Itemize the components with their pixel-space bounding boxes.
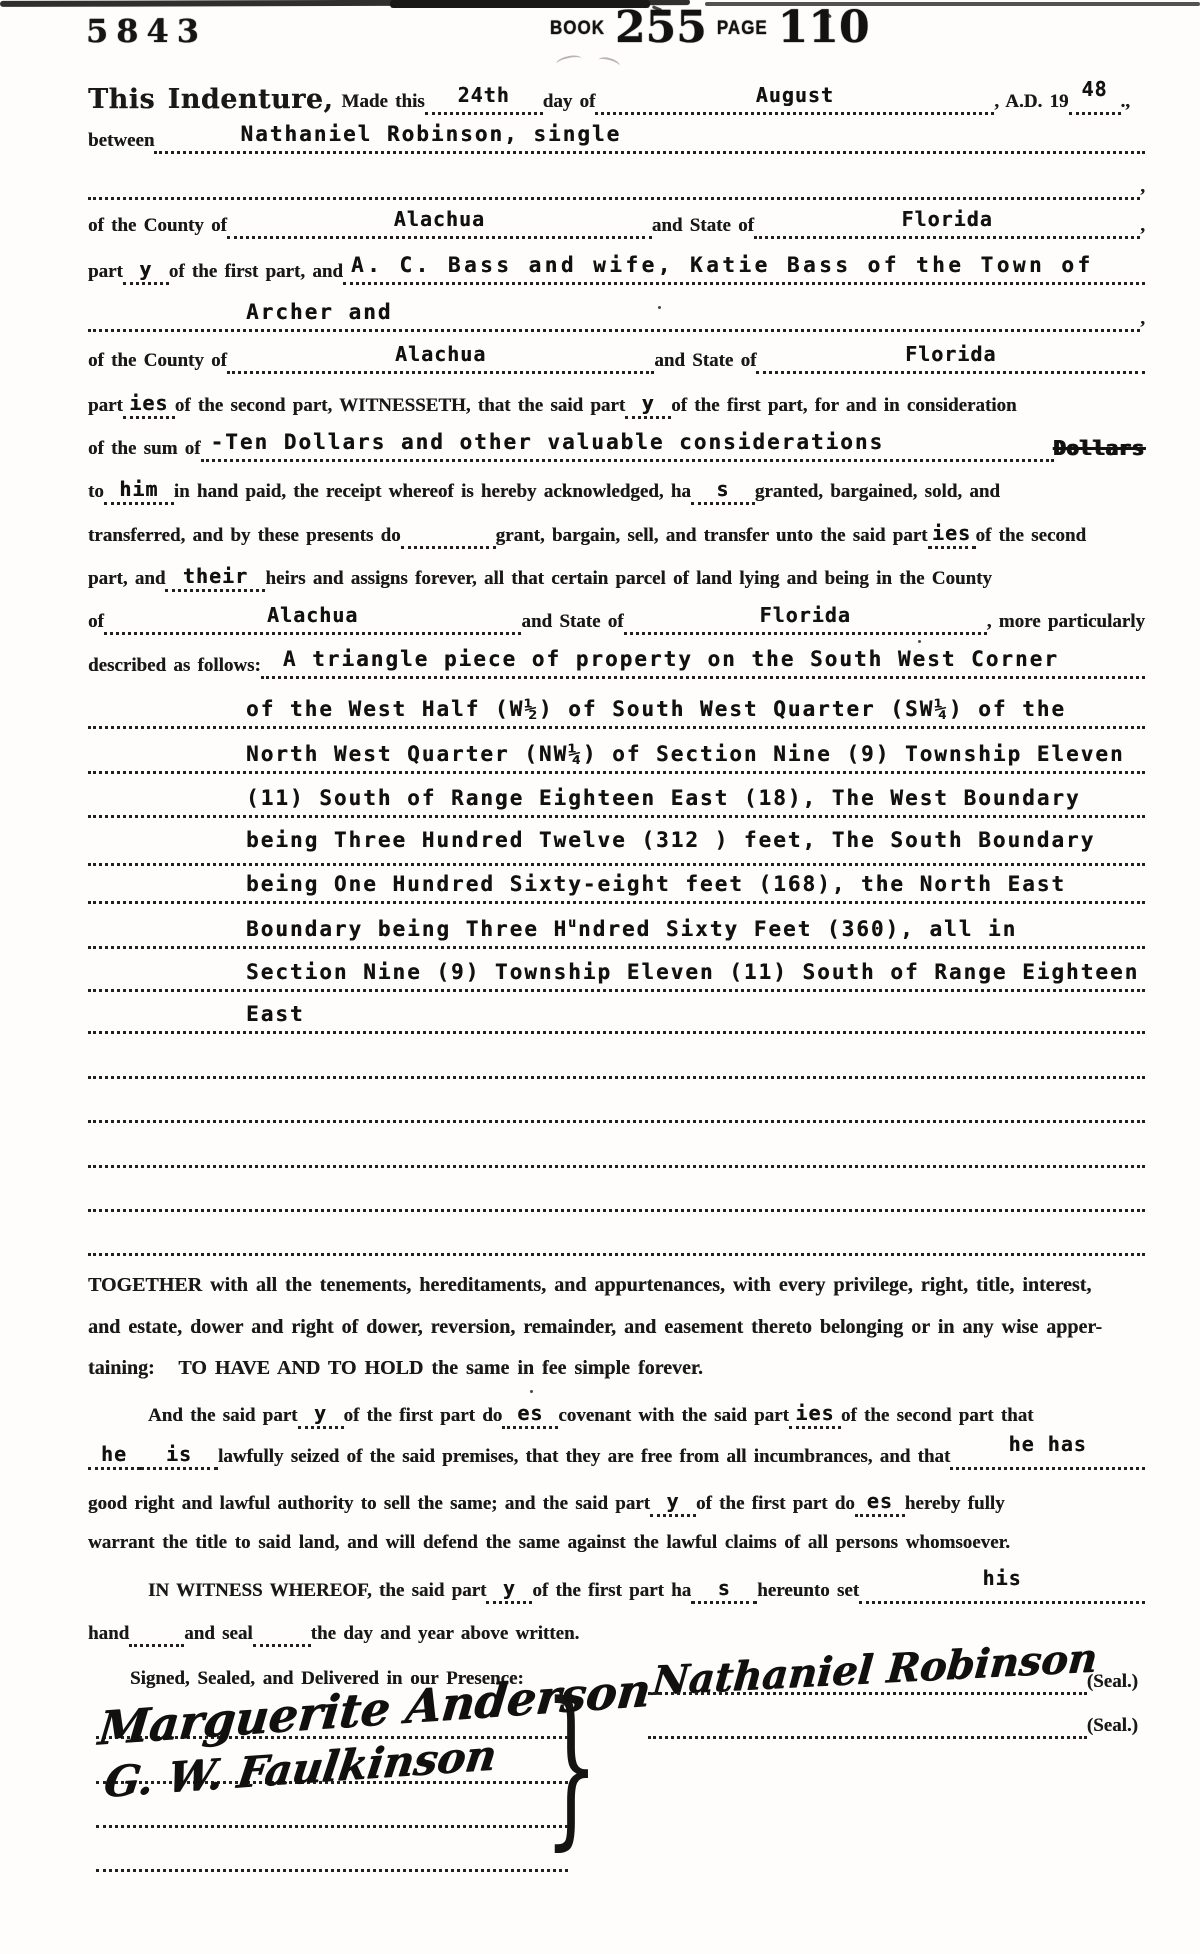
- more-particularly-label: , more particularly: [987, 609, 1145, 635]
- dotted-fill: [88, 1223, 1145, 1256]
- line-between: between Nathaniel Robinson, single: [88, 124, 1145, 154]
- between-label: between: [88, 128, 154, 154]
- line-hand-seal: hand and seal the day and year above wri…: [88, 1617, 660, 1647]
- entry-description-3: North West Quarter (NW¼) of Section Nine…: [246, 742, 1125, 766]
- scan-smudge: [597, 55, 621, 71]
- dotted-fill: he has: [950, 1437, 1145, 1470]
- dotted-fill: y: [486, 1571, 532, 1604]
- entry-month: August: [756, 83, 834, 107]
- first-part-and-label: of the first part, and: [169, 259, 343, 285]
- dotted-fill: Florida: [756, 341, 1145, 374]
- page-label: PAGE: [717, 17, 768, 40]
- state-of-label: and State of: [652, 213, 754, 239]
- dotted-fill: Florida: [754, 206, 1140, 239]
- seal-label-1: (Seal.): [1087, 1669, 1138, 1695]
- line-in-witness: IN WITNESS WHEREOF, the said part y of t…: [88, 1574, 1145, 1604]
- line-description-3: North West Quarter (NW¼) of Section Nine…: [88, 744, 1145, 774]
- dotted-fill: he: [88, 1437, 140, 1470]
- line-end-punct: ,: [1140, 174, 1145, 200]
- deed-document-scan: 5843 BOOK 255 PAGE 110 This Indenture, M…: [0, 0, 1200, 1954]
- first-part-do-label: of the first part do: [344, 1403, 503, 1429]
- line-description-5-rule: [88, 836, 1145, 866]
- line-description-4: (11) South of Range Eighteen East (18), …: [88, 788, 1145, 818]
- line-county-state-3: of Alachua and State of Florida , more p…: [88, 605, 1145, 635]
- line-county-state-1: of the County of Alachua and State of Fl…: [88, 209, 1145, 239]
- entry-part-y: y: [503, 1576, 516, 1600]
- part-label: part: [88, 259, 123, 285]
- consideration-label: of the first part, for and in considerat…: [671, 393, 1016, 419]
- covenant-with-label: covenant with the said part: [558, 1403, 789, 1429]
- seized-label: lawfully seized of the said premises, th…: [218, 1444, 950, 1470]
- line-blank: [88, 1049, 1145, 1079]
- line-end-punct: ,: [1140, 213, 1145, 239]
- entry-county-2: Alachua: [395, 342, 486, 366]
- dotted-fill: their: [165, 559, 265, 592]
- dotted-fill: Alachua: [227, 341, 654, 374]
- dotted-fill: [88, 1135, 1145, 1168]
- line-blank: [88, 1182, 1145, 1212]
- dotted-fill: s: [691, 472, 755, 505]
- entry-do-es: es: [867, 1489, 893, 1513]
- page-number: 110: [778, 6, 870, 50]
- dotted-fill: [648, 1706, 1087, 1739]
- dotted-fill: y: [625, 386, 671, 419]
- dotted-fill: being One Hundred Sixty-eight feet (168)…: [88, 871, 1145, 904]
- hereby-fully-label: hereby fully: [905, 1491, 1005, 1517]
- dotted-fill: (11) South of Range Eighteen East (18), …: [88, 785, 1145, 818]
- dotted-fill: ies: [123, 386, 175, 419]
- dotted-fill: [401, 516, 496, 549]
- together-paragraph-line-2: and estate, dower and right of dower, re…: [88, 1316, 1102, 1339]
- document-number: 5843: [86, 12, 207, 50]
- state-of-label: and State of: [521, 609, 623, 635]
- dotted-fill: is: [140, 1437, 218, 1470]
- witness-signature-line: [96, 1825, 568, 1828]
- entry-ha-s: s: [716, 477, 729, 501]
- day-of-label: day of: [543, 89, 596, 115]
- dotted-fill: 24th: [425, 82, 543, 115]
- dotted-fill: [648, 1662, 1087, 1695]
- entry-description-7: Boundary being Three Hundred Sixty Feet …: [246, 916, 1017, 941]
- line-description-9: East: [88, 1004, 1145, 1034]
- dotted-fill: Nathaniel Robinson, single: [154, 121, 1145, 154]
- line-covenant-2: he is lawfully seized of the said premis…: [88, 1440, 1145, 1470]
- first-part-do-label: of the first part do: [696, 1491, 855, 1517]
- line-description-7: Boundary being Three Hundred Sixty Feet …: [88, 919, 1145, 949]
- heirs-label: heirs and assigns forever, all that cert…: [265, 566, 992, 592]
- line-hand-paid: to him in hand paid, the receipt whereof…: [88, 475, 1145, 505]
- transferred-label: transferred, and by these presents do: [88, 523, 401, 549]
- entry-him: him: [119, 477, 158, 501]
- dotted-fill: Section Nine (9) Township Eleven (11) So…: [88, 959, 1145, 992]
- line-blank: ,: [88, 170, 1145, 200]
- scan-smudge: [555, 53, 583, 69]
- entry-grantor: Nathaniel Robinson, single: [240, 122, 621, 146]
- dollars-struck-out: Dollars: [1054, 436, 1145, 460]
- line-blank: [88, 1093, 1145, 1123]
- county-of-label: of the County of: [88, 213, 227, 239]
- county-of-label: of the County of: [88, 348, 227, 374]
- entry-state-2: Florida: [905, 342, 996, 366]
- entry-state-1: Florida: [901, 207, 992, 231]
- dotted-fill: his: [859, 1571, 1145, 1604]
- entry-he: he: [101, 1442, 127, 1466]
- line-grantees-cont: Archer and ,: [88, 302, 1145, 332]
- entry-part-ies: ies: [129, 391, 168, 415]
- granted-label: granted, bargained, sold, and: [755, 479, 1000, 505]
- entry-description-6: being One Hundred Sixty-eight feet (168)…: [246, 872, 1066, 896]
- line-transferred: transferred, and by these presents do gr…: [88, 519, 1145, 549]
- dotted-fill: Archer and: [88, 299, 1140, 332]
- dotted-fill: Boundary being Three Hundred Sixty Feet …: [88, 916, 1145, 949]
- entry-consideration-amount: -Ten Dollars and other valuable consider…: [211, 430, 885, 454]
- witnesseth-label: of the second part, WITNESSETH, that the…: [175, 393, 625, 419]
- dotted-fill: [88, 833, 1145, 866]
- made-this-label: Made this: [341, 89, 424, 115]
- entry-do-es: es: [517, 1401, 543, 1425]
- entry-description-1: A triangle piece of property on the Sout…: [283, 647, 1059, 671]
- line-county-state-2: of the County of Alachua and State of Fl…: [88, 344, 1145, 374]
- witness-signature-line: [96, 1869, 568, 1872]
- warrant-line: warrant the title to said land, and will…: [88, 1532, 1010, 1554]
- line-description-2: of the West Half (W½) of South West Quar…: [88, 699, 1145, 729]
- second-label: of the second: [976, 523, 1087, 549]
- seal-label-2: (Seal.): [1087, 1713, 1138, 1739]
- book-number: 255: [615, 6, 707, 50]
- dotted-fill: Florida: [624, 602, 987, 635]
- dotted-fill: of the West Half (W½) of South West Quar…: [88, 696, 1145, 729]
- dotted-fill: [88, 1046, 1145, 1079]
- book-page-stamp: BOOK 255 PAGE 110: [550, 6, 870, 50]
- part-and-label: part, and: [88, 566, 165, 592]
- dotted-fill: y: [650, 1484, 696, 1517]
- entry-year: 48: [1081, 77, 1107, 101]
- dotted-fill: [253, 1614, 311, 1647]
- entry-county-3: Alachua: [267, 603, 358, 627]
- line-witnesseth: part ies of the second part, WITNESSETH,…: [88, 389, 1145, 419]
- line-description-8: Section Nine (9) Township Eleven (11) So…: [88, 962, 1145, 992]
- hereunto-set-label: hereunto set: [757, 1578, 859, 1604]
- together-paragraph-line-1: TOGETHER with all the tenements, heredit…: [88, 1274, 1091, 1297]
- and-seal-label: and seal: [184, 1621, 253, 1647]
- indenture-title: This Indenture,: [88, 85, 333, 115]
- line-end-punct: ,: [1140, 306, 1145, 332]
- ad-label: , A.D. 19: [994, 89, 1068, 115]
- hand-label: hand: [88, 1621, 129, 1647]
- dotted-fill: A triangle piece of property on the Sout…: [261, 646, 1145, 679]
- line-described: described as follows: A triangle piece o…: [88, 649, 1145, 679]
- entry-description-8: Section Nine (9) Township Eleven (11) So…: [246, 960, 1139, 984]
- inserted-letter-u: u: [568, 916, 578, 931]
- dotted-fill: East: [88, 1001, 1145, 1034]
- dotted-fill: [129, 1614, 184, 1647]
- line-heirs: part, and their heirs and assigns foreve…: [88, 562, 1145, 592]
- line-blank: [88, 1226, 1145, 1256]
- dotted-fill: him: [104, 472, 174, 505]
- dotted-fill: [88, 167, 1140, 200]
- entry-part-ies: ies: [932, 521, 971, 545]
- dotted-fill: Alachua: [104, 602, 522, 635]
- line-blank: [88, 1138, 1145, 1168]
- dotted-fill: y: [123, 252, 169, 285]
- entry-ha-s: s: [718, 1576, 731, 1600]
- line-description-6: being One Hundred Sixty-eight feet (168)…: [88, 874, 1145, 904]
- first-part-ha-label: of the first part ha: [532, 1578, 691, 1604]
- second-part-that-label: of the second part that: [841, 1403, 1034, 1429]
- entry-his: his: [982, 1566, 1021, 1590]
- dotted-fill: August: [595, 82, 994, 115]
- dotted-fill: [88, 1179, 1145, 1212]
- dotted-fill: s: [691, 1571, 757, 1604]
- described-label: described as follows:: [88, 653, 261, 679]
- entry-part-y: y: [139, 257, 152, 281]
- entry-part-y: y: [642, 391, 655, 415]
- scan-speck: [530, 1390, 533, 1393]
- book-label: BOOK: [550, 17, 605, 40]
- line-covenant-3: good right and lawful authority to sell …: [88, 1487, 1145, 1517]
- entry-part-ies: ies: [795, 1401, 834, 1425]
- dotted-fill: [88, 1090, 1145, 1123]
- to-label: to: [88, 479, 104, 505]
- good-right-label: good right and lawful authority to sell …: [88, 1491, 650, 1517]
- habendum-line: taining: TO HAVE AND TO HOLD the same in…: [88, 1357, 703, 1380]
- entry-is: is: [166, 1442, 192, 1466]
- entry-grantees-cont: Archer and: [246, 300, 392, 324]
- seal-row-1: (Seal.): [648, 1665, 1138, 1695]
- dotted-fill: 48: [1069, 82, 1121, 115]
- line-first-part-grantees: part y of the first part, and A. C. Bass…: [88, 255, 1145, 285]
- scan-speck: [918, 640, 921, 643]
- line-indenture: This Indenture, Made this 24th day of Au…: [88, 85, 1130, 115]
- description-7-after-insert: ndred Sixty Feet (360), all in: [578, 917, 1017, 941]
- dotted-fill: North West Quarter (NW¼) of Section Nine…: [88, 741, 1145, 774]
- dotted-fill: es: [855, 1484, 905, 1517]
- entry-county-1: Alachua: [394, 207, 485, 231]
- in-witness-label: IN WITNESS WHEREOF, the said part: [148, 1578, 486, 1604]
- entry-description-2: of the West Half (W½) of South West Quar…: [246, 697, 1066, 721]
- dotted-fill: Alachua: [227, 206, 652, 239]
- and-said-part-label: And the said part: [148, 1403, 298, 1429]
- grant-transfer-label: grant, bargain, sell, and transfer unto …: [496, 523, 928, 549]
- entry-day: 24th: [458, 83, 510, 107]
- dotted-fill: ies: [789, 1396, 841, 1429]
- sum-of-label: of the sum of: [88, 436, 201, 462]
- line-covenant-1: And the said part y of the first part do…: [88, 1399, 1145, 1429]
- line-sum: of the sum of -Ten Dollars and other val…: [88, 432, 1145, 462]
- entry-their: their: [183, 564, 248, 588]
- dotted-fill: ies: [928, 516, 976, 549]
- entry-state-3: Florida: [760, 603, 851, 627]
- entry-part-y: y: [667, 1489, 680, 1513]
- part-label: part: [88, 393, 123, 419]
- hand-paid-label: in hand paid, the receipt whereof is her…: [174, 479, 691, 505]
- entry-description-4: (11) South of Range Eighteen East (18), …: [246, 786, 1081, 810]
- entry-he-has: he has: [1009, 1432, 1087, 1456]
- dotted-fill: es: [502, 1396, 558, 1429]
- description-7-before-insert: Boundary being Three H: [246, 917, 568, 941]
- entry-part-y: y: [314, 1401, 327, 1425]
- entry-grantees: A. C. Bass and wife, Katie Bass of the T…: [351, 253, 1094, 277]
- dotted-fill: -Ten Dollars and other valuable consider…: [201, 429, 1054, 462]
- dotted-fill: y: [298, 1396, 344, 1429]
- state-of-label: and State of: [654, 348, 756, 374]
- of-label: of: [88, 609, 104, 635]
- day-year-label: the day and year above written.: [311, 1621, 580, 1647]
- entry-description-9: East: [246, 1002, 305, 1026]
- dotted-fill: A. C. Bass and wife, Katie Bass of the T…: [343, 252, 1145, 285]
- line-end-punct: .,: [1121, 89, 1131, 115]
- seal-row-2: (Seal.): [648, 1709, 1138, 1739]
